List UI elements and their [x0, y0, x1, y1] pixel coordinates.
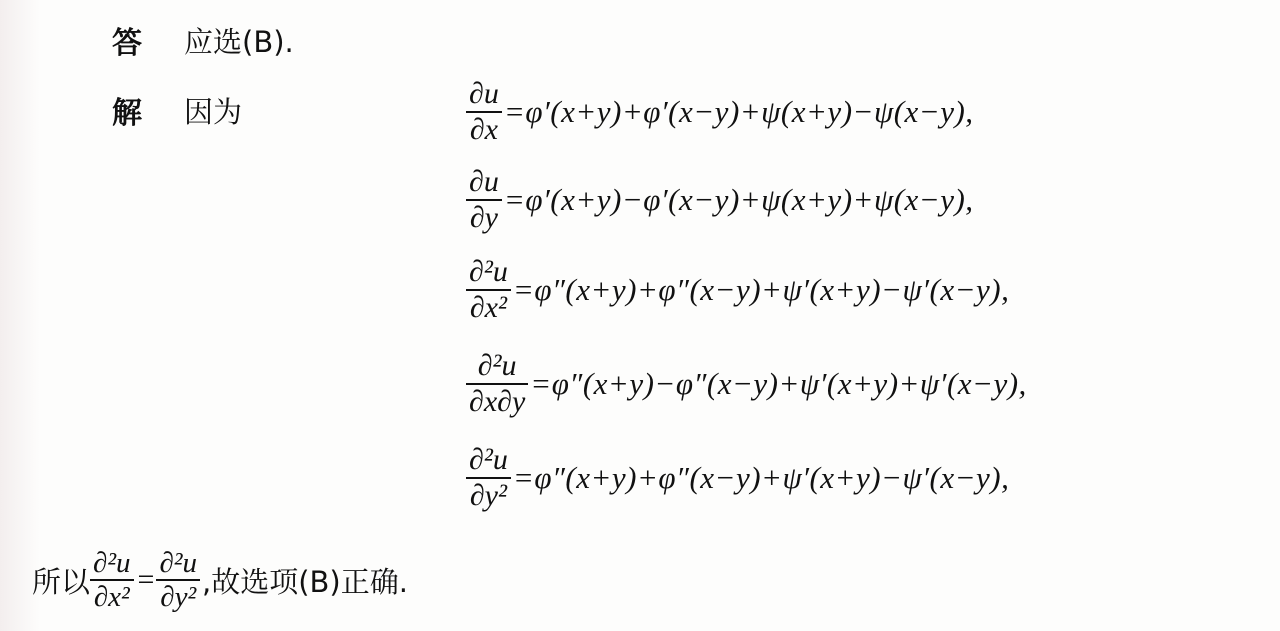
- equation-du-dy: ∂u ∂y = φ′(x+y)−φ′(x−y)+ψ(x+y)+ψ(x−y),: [466, 166, 974, 233]
- equals-sign: =: [506, 94, 523, 130]
- equation-rhs: φ′(x+y)+φ′(x−y)+ψ(x+y)−ψ(x−y),: [525, 94, 973, 130]
- equation-d2u-dx2: ∂²u ∂x² = φ″(x+y)+φ″(x−y)+ψ′(x+y)−ψ′(x−y…: [466, 256, 1009, 323]
- fraction-numerator: ∂²u: [90, 548, 134, 578]
- fraction-denominator: ∂y: [467, 202, 501, 234]
- solution-label: 解: [112, 88, 142, 132]
- fraction-lhs: ∂²u ∂x∂y: [466, 350, 528, 417]
- fraction-lhs: ∂²u ∂y²: [466, 444, 511, 511]
- fraction-numerator: ∂²u: [156, 548, 200, 578]
- fraction-denominator: ∂y²: [467, 480, 510, 512]
- answer-text: 应选(B).: [184, 20, 294, 61]
- equals-sign: =: [532, 366, 549, 402]
- equation-rhs: φ′(x+y)−φ′(x−y)+ψ(x+y)+ψ(x−y),: [525, 182, 973, 218]
- answer-label: 答: [112, 18, 142, 62]
- conclusion-suffix: ,故选项(B)正确.: [202, 560, 408, 601]
- equation-rhs: φ″(x+y)+φ″(x−y)+ψ′(x+y)−ψ′(x−y),: [534, 272, 1009, 308]
- equation-rhs: φ″(x+y)−φ″(x−y)+ψ′(x+y)+ψ′(x−y),: [552, 366, 1027, 402]
- equation-rhs: φ″(x+y)+φ″(x−y)+ψ′(x+y)−ψ′(x−y),: [534, 460, 1009, 496]
- conclusion-prefix: 所以: [32, 560, 90, 601]
- equals-sign: =: [506, 182, 523, 218]
- fraction-denominator: ∂x²: [467, 292, 510, 324]
- conclusion-line: 所以 ∂²u ∂x² = ∂²u ∂y² ,故选项(B)正确.: [32, 548, 408, 613]
- equation-d2u-dxdy: ∂²u ∂x∂y = φ″(x+y)−φ″(x−y)+ψ′(x+y)+ψ′(x−…: [466, 350, 1027, 417]
- fraction-denominator: ∂x: [467, 114, 501, 146]
- fraction-denominator: ∂x∂y: [466, 386, 528, 418]
- fraction-denominator: ∂x²: [91, 582, 133, 612]
- fraction-numerator: ∂u: [466, 166, 502, 198]
- fraction-numerator: ∂²u: [475, 350, 520, 382]
- fraction-denominator: ∂y²: [157, 582, 199, 612]
- fraction-numerator: ∂²u: [466, 256, 511, 288]
- fraction-numerator: ∂u: [466, 78, 502, 110]
- fraction-left: ∂²u ∂x²: [90, 548, 134, 613]
- solution-intro: 因为: [184, 90, 242, 131]
- fraction-numerator: ∂²u: [466, 444, 511, 476]
- fraction-lhs: ∂u ∂x: [466, 78, 502, 145]
- equals-sign: =: [138, 563, 155, 597]
- fraction-lhs: ∂²u ∂x²: [466, 256, 511, 323]
- equation-d2u-dy2: ∂²u ∂y² = φ″(x+y)+φ″(x−y)+ψ′(x+y)−ψ′(x−y…: [466, 444, 1009, 511]
- fraction-right: ∂²u ∂y²: [156, 548, 200, 613]
- fraction-lhs: ∂u ∂y: [466, 166, 502, 233]
- equals-sign: =: [515, 460, 532, 496]
- page-edge-shadow: [0, 0, 40, 631]
- equals-sign: =: [515, 272, 532, 308]
- equation-du-dx: ∂u ∂x = φ′(x+y)+φ′(x−y)+ψ(x+y)−ψ(x−y),: [466, 78, 974, 145]
